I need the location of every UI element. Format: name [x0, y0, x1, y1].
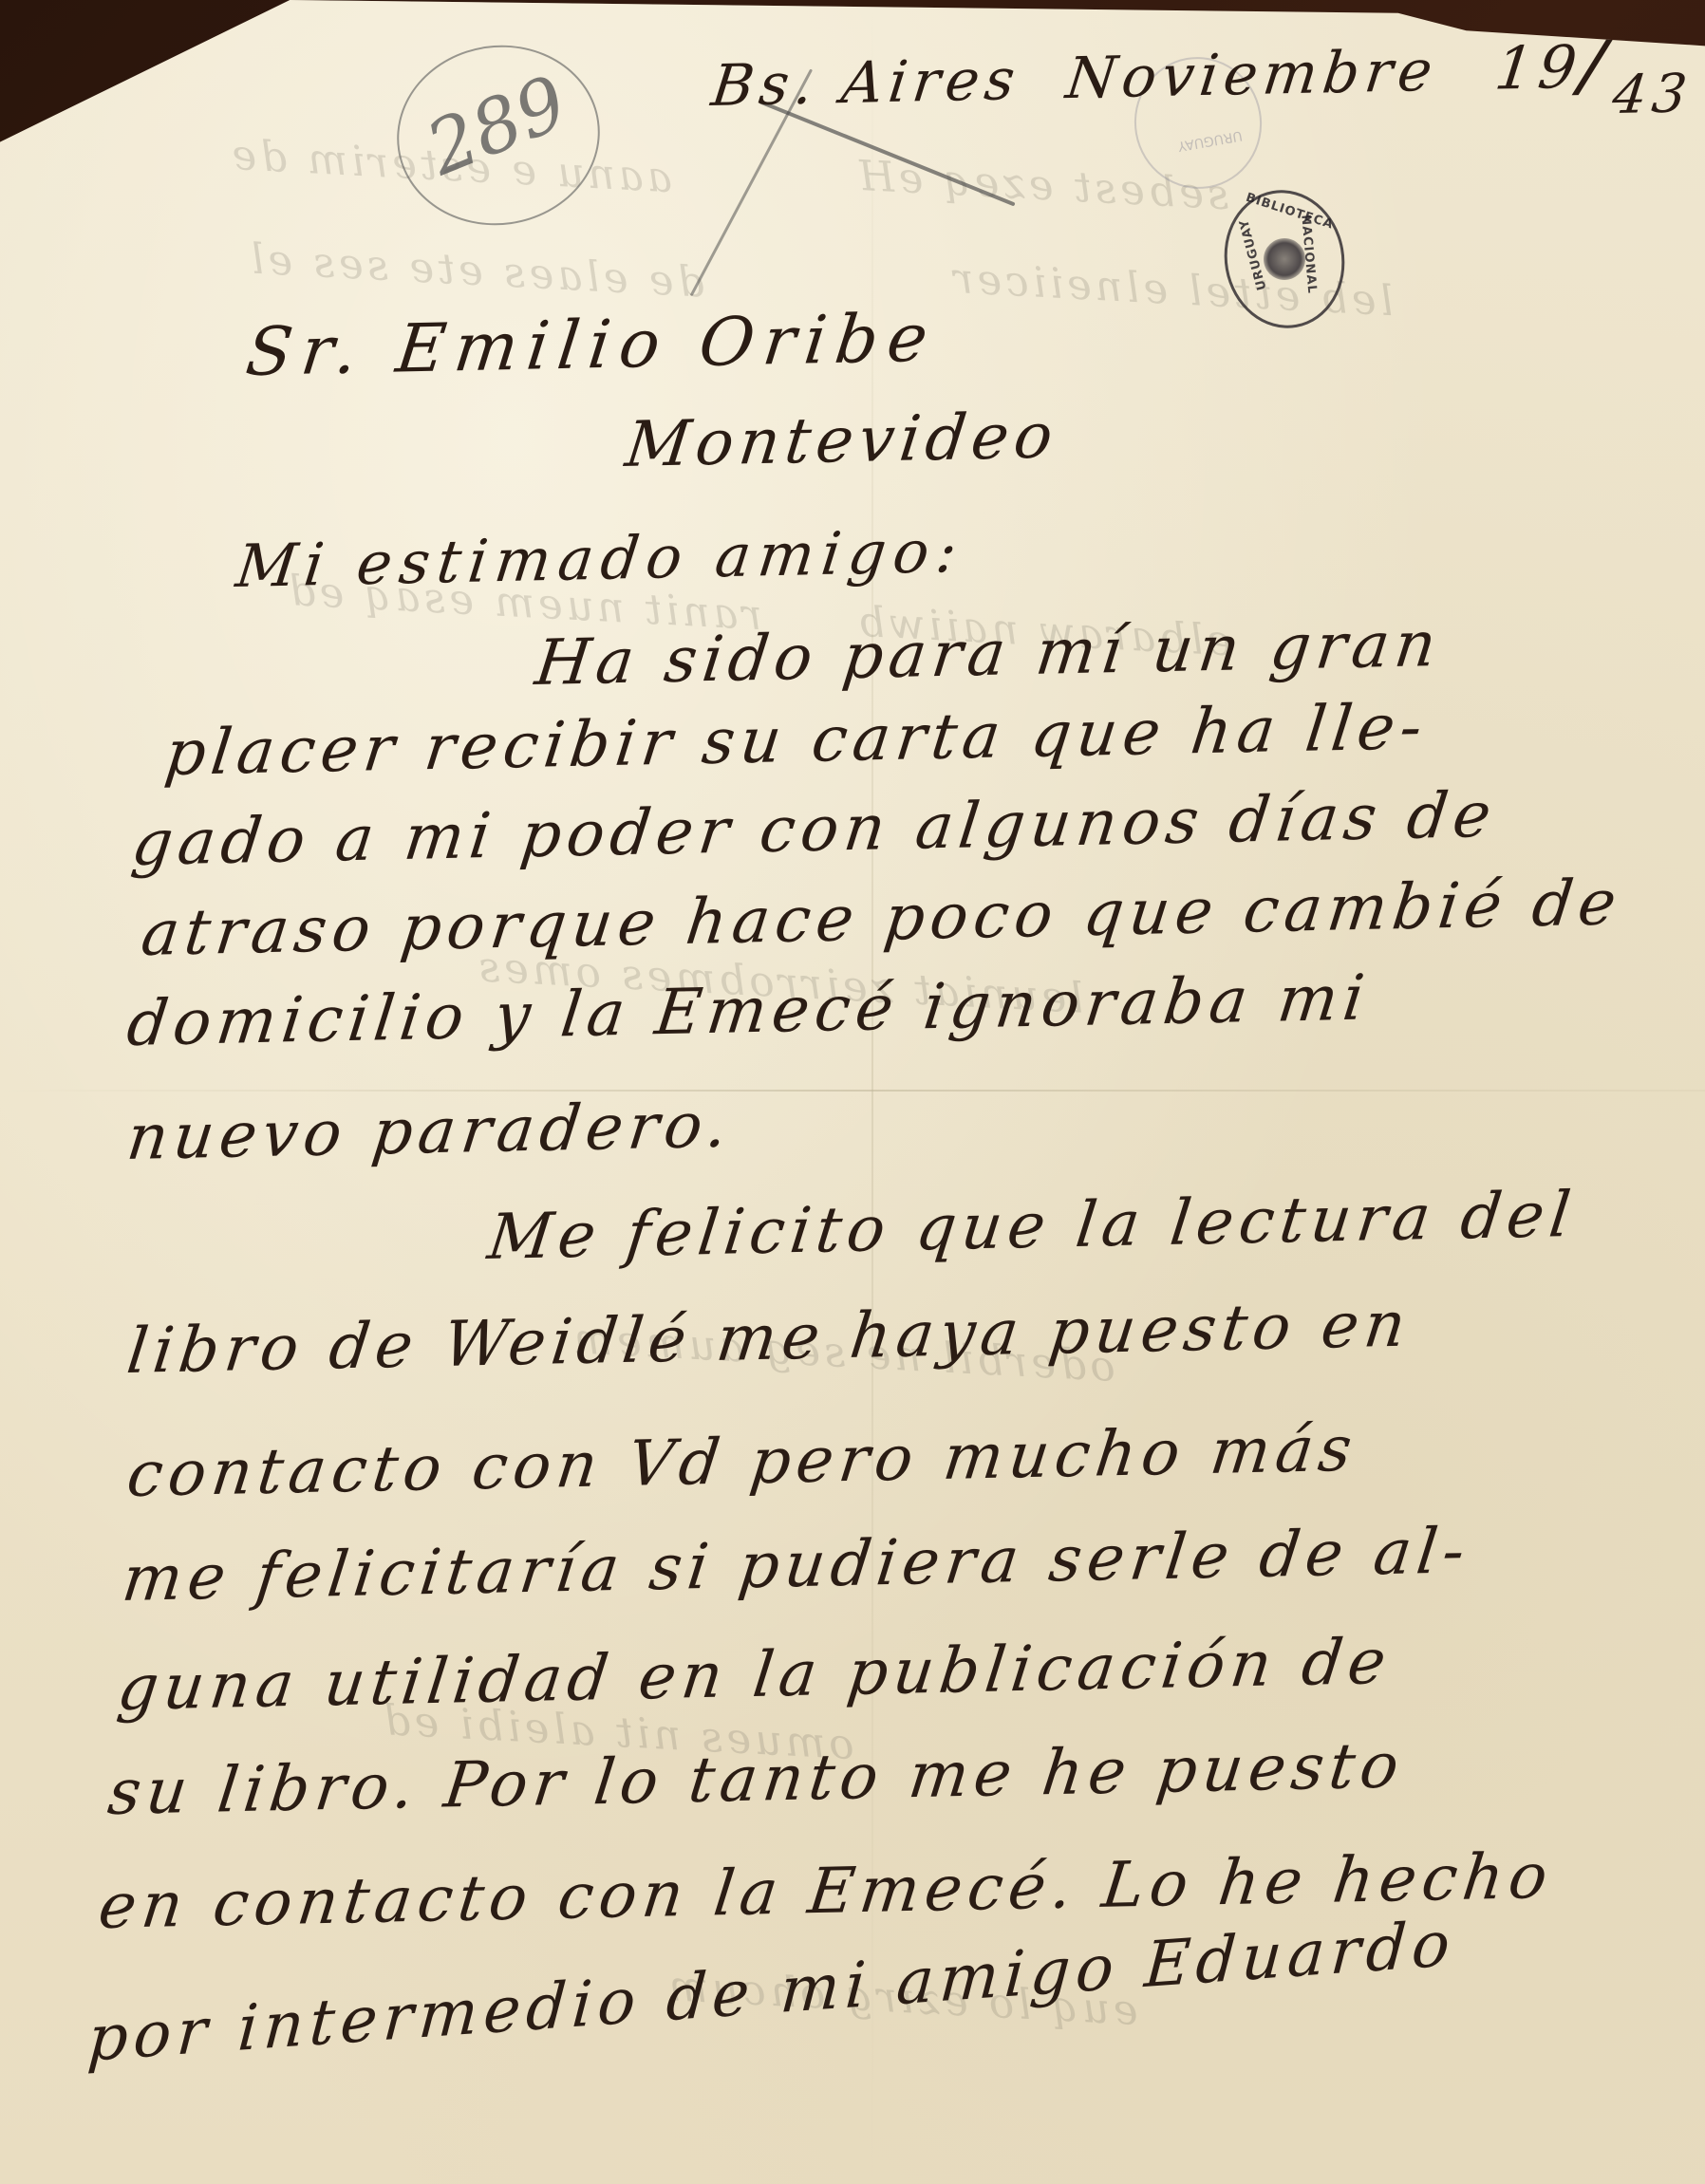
catalog-number-oval: 289: [385, 32, 611, 238]
body-line: libro de Weidlé me haya puesto en: [123, 1287, 1415, 1388]
body-line: Me felicito que la lectura del: [484, 1178, 1580, 1274]
letter-paper: aanu e esterim de de elaes ete ses el se…: [0, 0, 1705, 2184]
date-day: 19: [1491, 32, 1586, 103]
salutation: Mi estimado amigo:: [233, 516, 968, 601]
body-line: contacto con Vd pero mucho más: [123, 1412, 1361, 1511]
body-line: su libro. Por lo tanto me he puesto: [104, 1728, 1408, 1829]
date-month: Noviembre: [1062, 38, 1441, 112]
paper-fold-horizontal: [0, 1090, 1705, 1092]
date-year: 43: [1609, 63, 1696, 126]
stamp-text-top: BIBLIOTECA: [1244, 191, 1335, 233]
body-line: nuevo paradero.: [123, 1088, 737, 1174]
date-city: Bs. Aires: [708, 47, 1024, 120]
body-line: me felicitaría si pudiera serle de al-: [119, 1514, 1474, 1615]
body-line: guna utilidad en la publicación de: [114, 1625, 1396, 1725]
date-line: Bs. Aires Noviembre 19/43: [707, 6, 1702, 126]
body-line: gado a mi poder con algunos días de: [128, 778, 1501, 880]
recipient-name: Sr. Emilio Oribe: [242, 299, 941, 391]
body-line: atraso porque hace poco que cambié de: [138, 866, 1625, 970]
bleed-through-text: de elaes ete ses el: [246, 234, 705, 307]
body-line: domicilio y la Emecé ignoraba mi: [123, 961, 1374, 1060]
catalog-number: 289: [388, 49, 605, 203]
body-line: placer recibir su carta que ha lle-: [161, 690, 1432, 790]
recipient-city: Montevideo: [622, 399, 1062, 481]
